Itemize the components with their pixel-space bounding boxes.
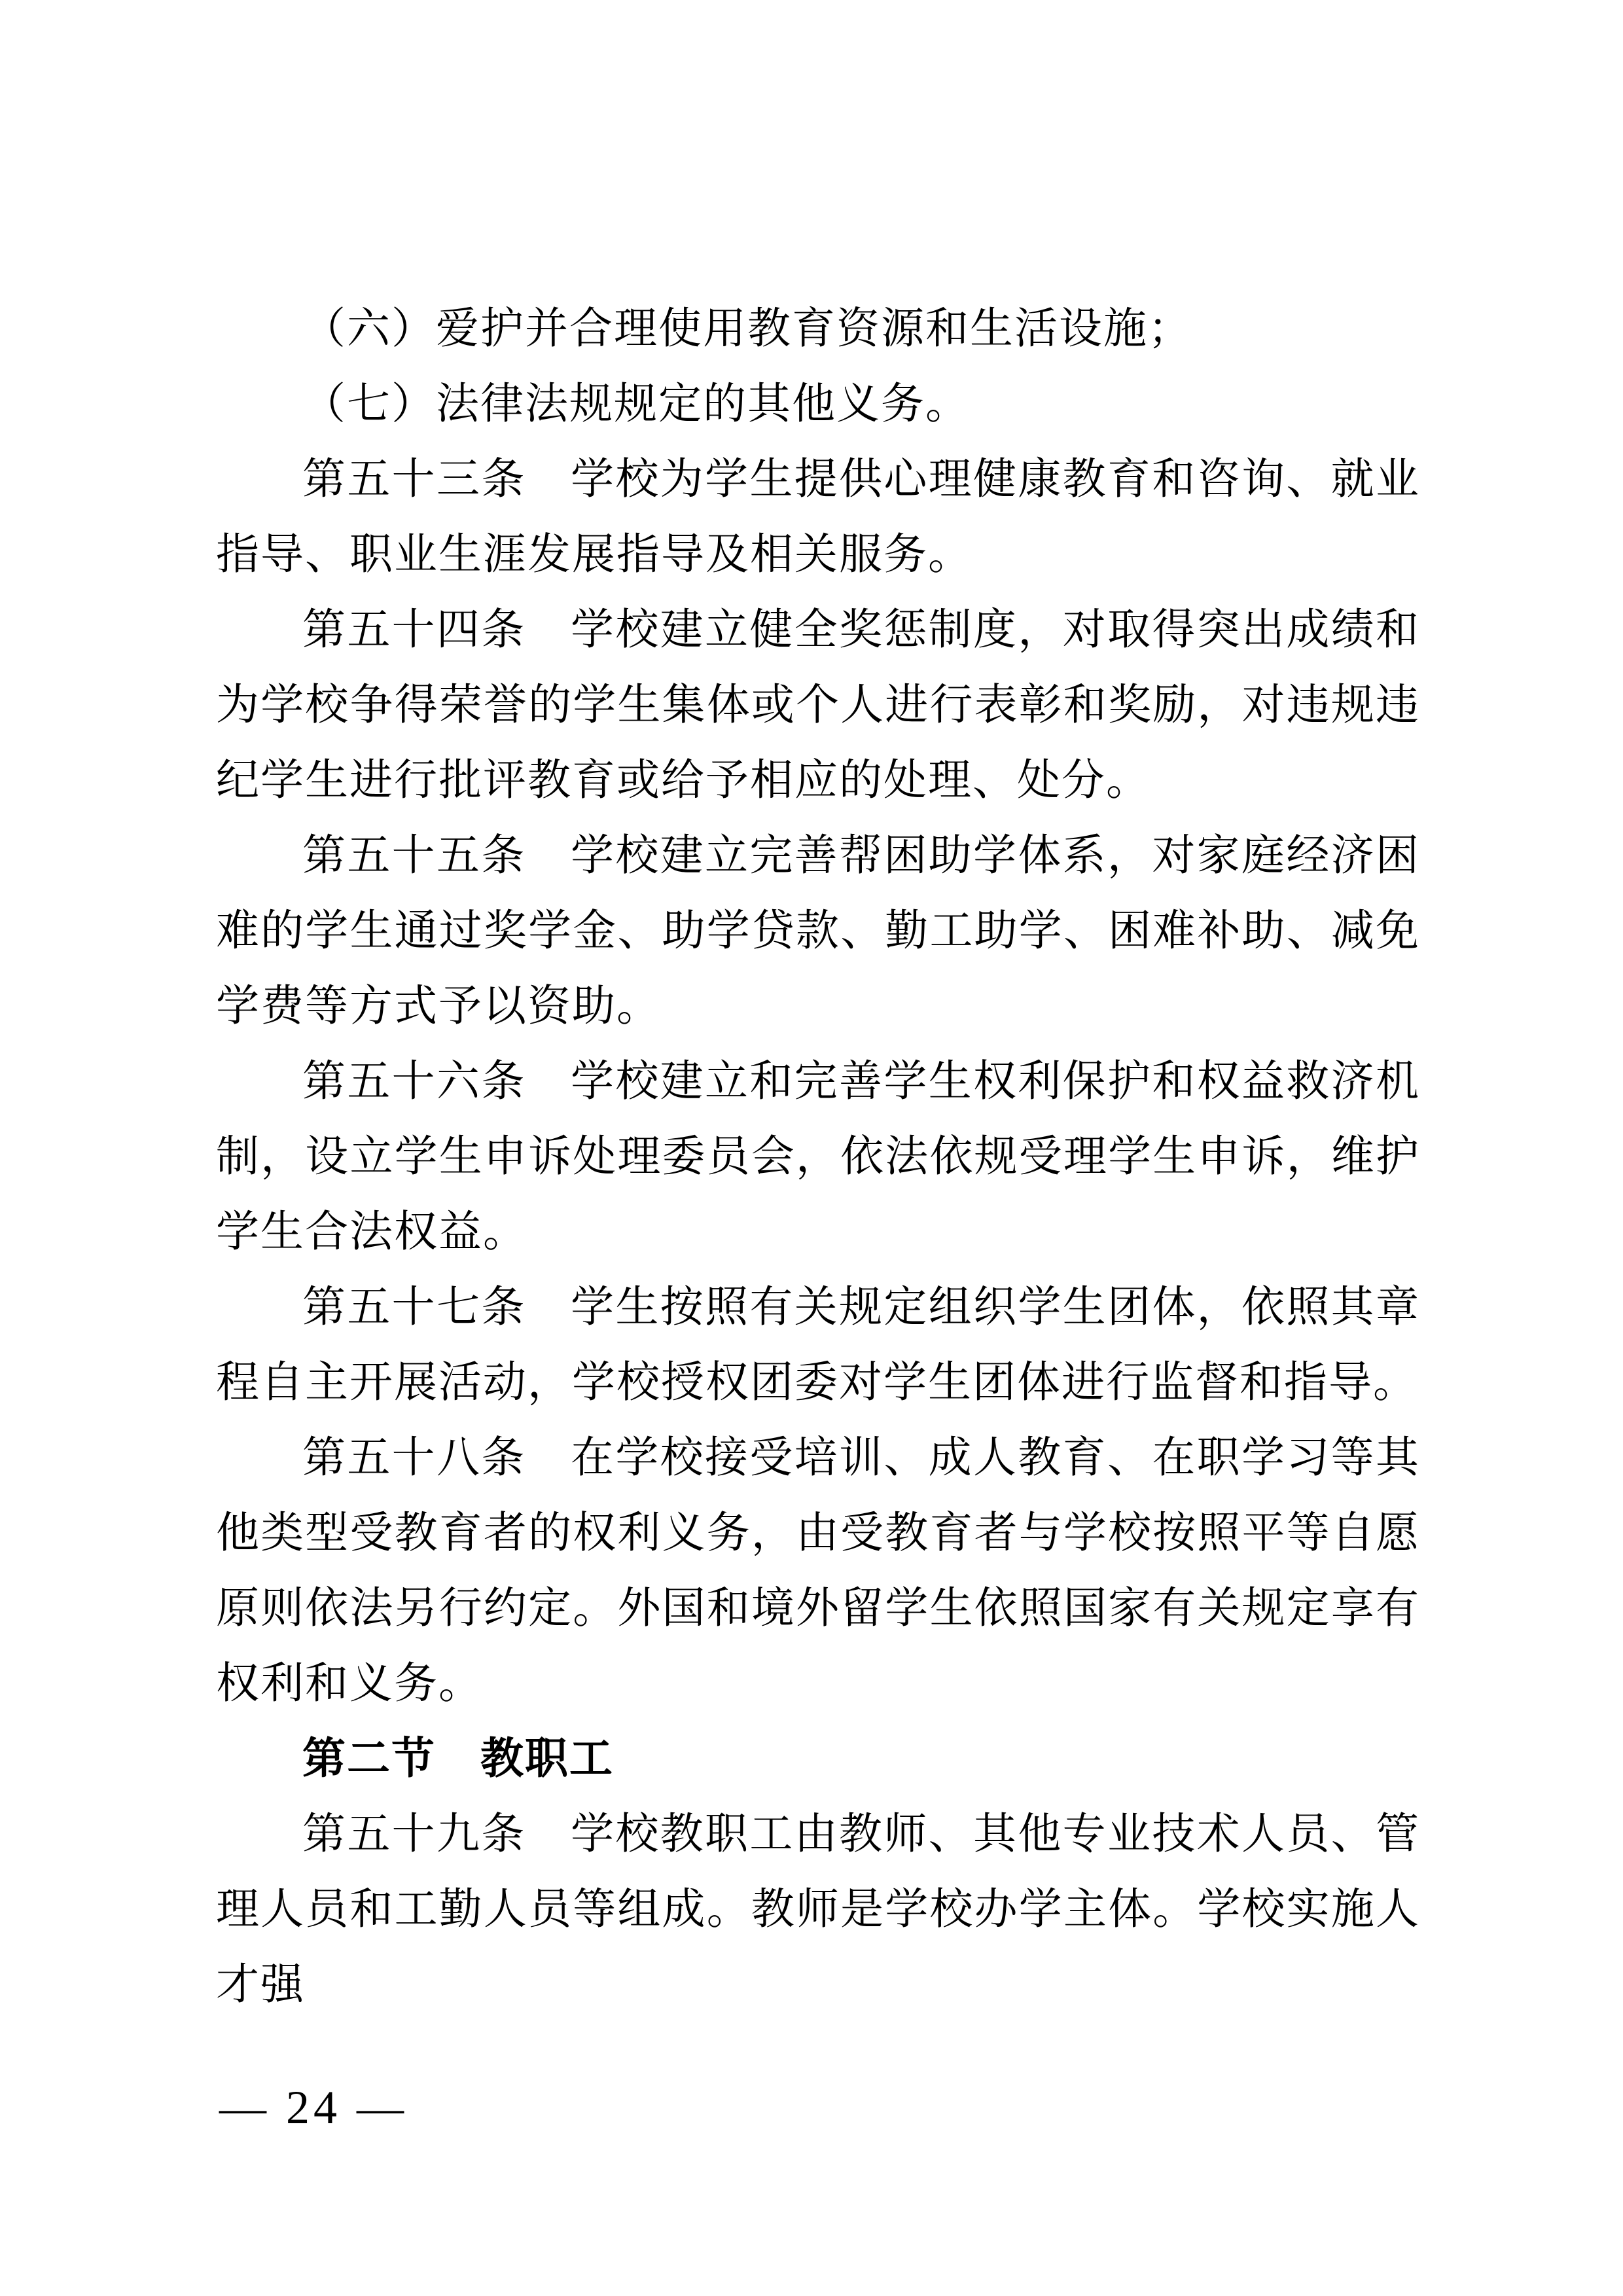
document-page: （六）爱护并合理使用教育资源和生活设施； （七）法律法规规定的其他义务。 第五十…	[0, 0, 1623, 2296]
document-body: （六）爱护并合理使用教育资源和生活设施； （七）法律法规规定的其他义务。 第五十…	[216, 291, 1420, 2022]
article-57-paragraph: 第五十七条 学生按照有关规定组织学生团体，依照其章程自主开展活动，学校授权团委对…	[216, 1270, 1420, 1420]
article-58-paragraph: 第五十八条 在学校接受培训、成人教育、在职学习等其他类型受教育者的权利义务，由受…	[216, 1420, 1420, 1721]
page-number: — 24 —	[219, 2078, 408, 2137]
list-item-seven: （七）法律法规规定的其他义务。	[216, 367, 1420, 442]
article-56-paragraph: 第五十六条 学校建立和完善学生权利保护和权益救济机制，设立学生申诉处理委员会，依…	[216, 1044, 1420, 1270]
article-53-paragraph: 第五十三条 学校为学生提供心理健康教育和咨询、就业指导、职业生涯发展指导及相关服…	[216, 442, 1420, 592]
article-59-paragraph: 第五十九条 学校教职工由教师、其他专业技术人员、管理人员和工勤人员等组成。教师是…	[216, 1797, 1420, 2022]
article-54-paragraph: 第五十四条 学校建立健全奖惩制度，对取得突出成绩和为学校争得荣誉的学生集体或个人…	[216, 592, 1420, 818]
article-55-paragraph: 第五十五条 学校建立完善帮困助学体系，对家庭经济困难的学生通过奖学金、助学贷款、…	[216, 818, 1420, 1044]
section-heading: 第二节 教职工	[216, 1721, 1420, 1797]
list-item-six: （六）爱护并合理使用教育资源和生活设施；	[216, 291, 1420, 367]
